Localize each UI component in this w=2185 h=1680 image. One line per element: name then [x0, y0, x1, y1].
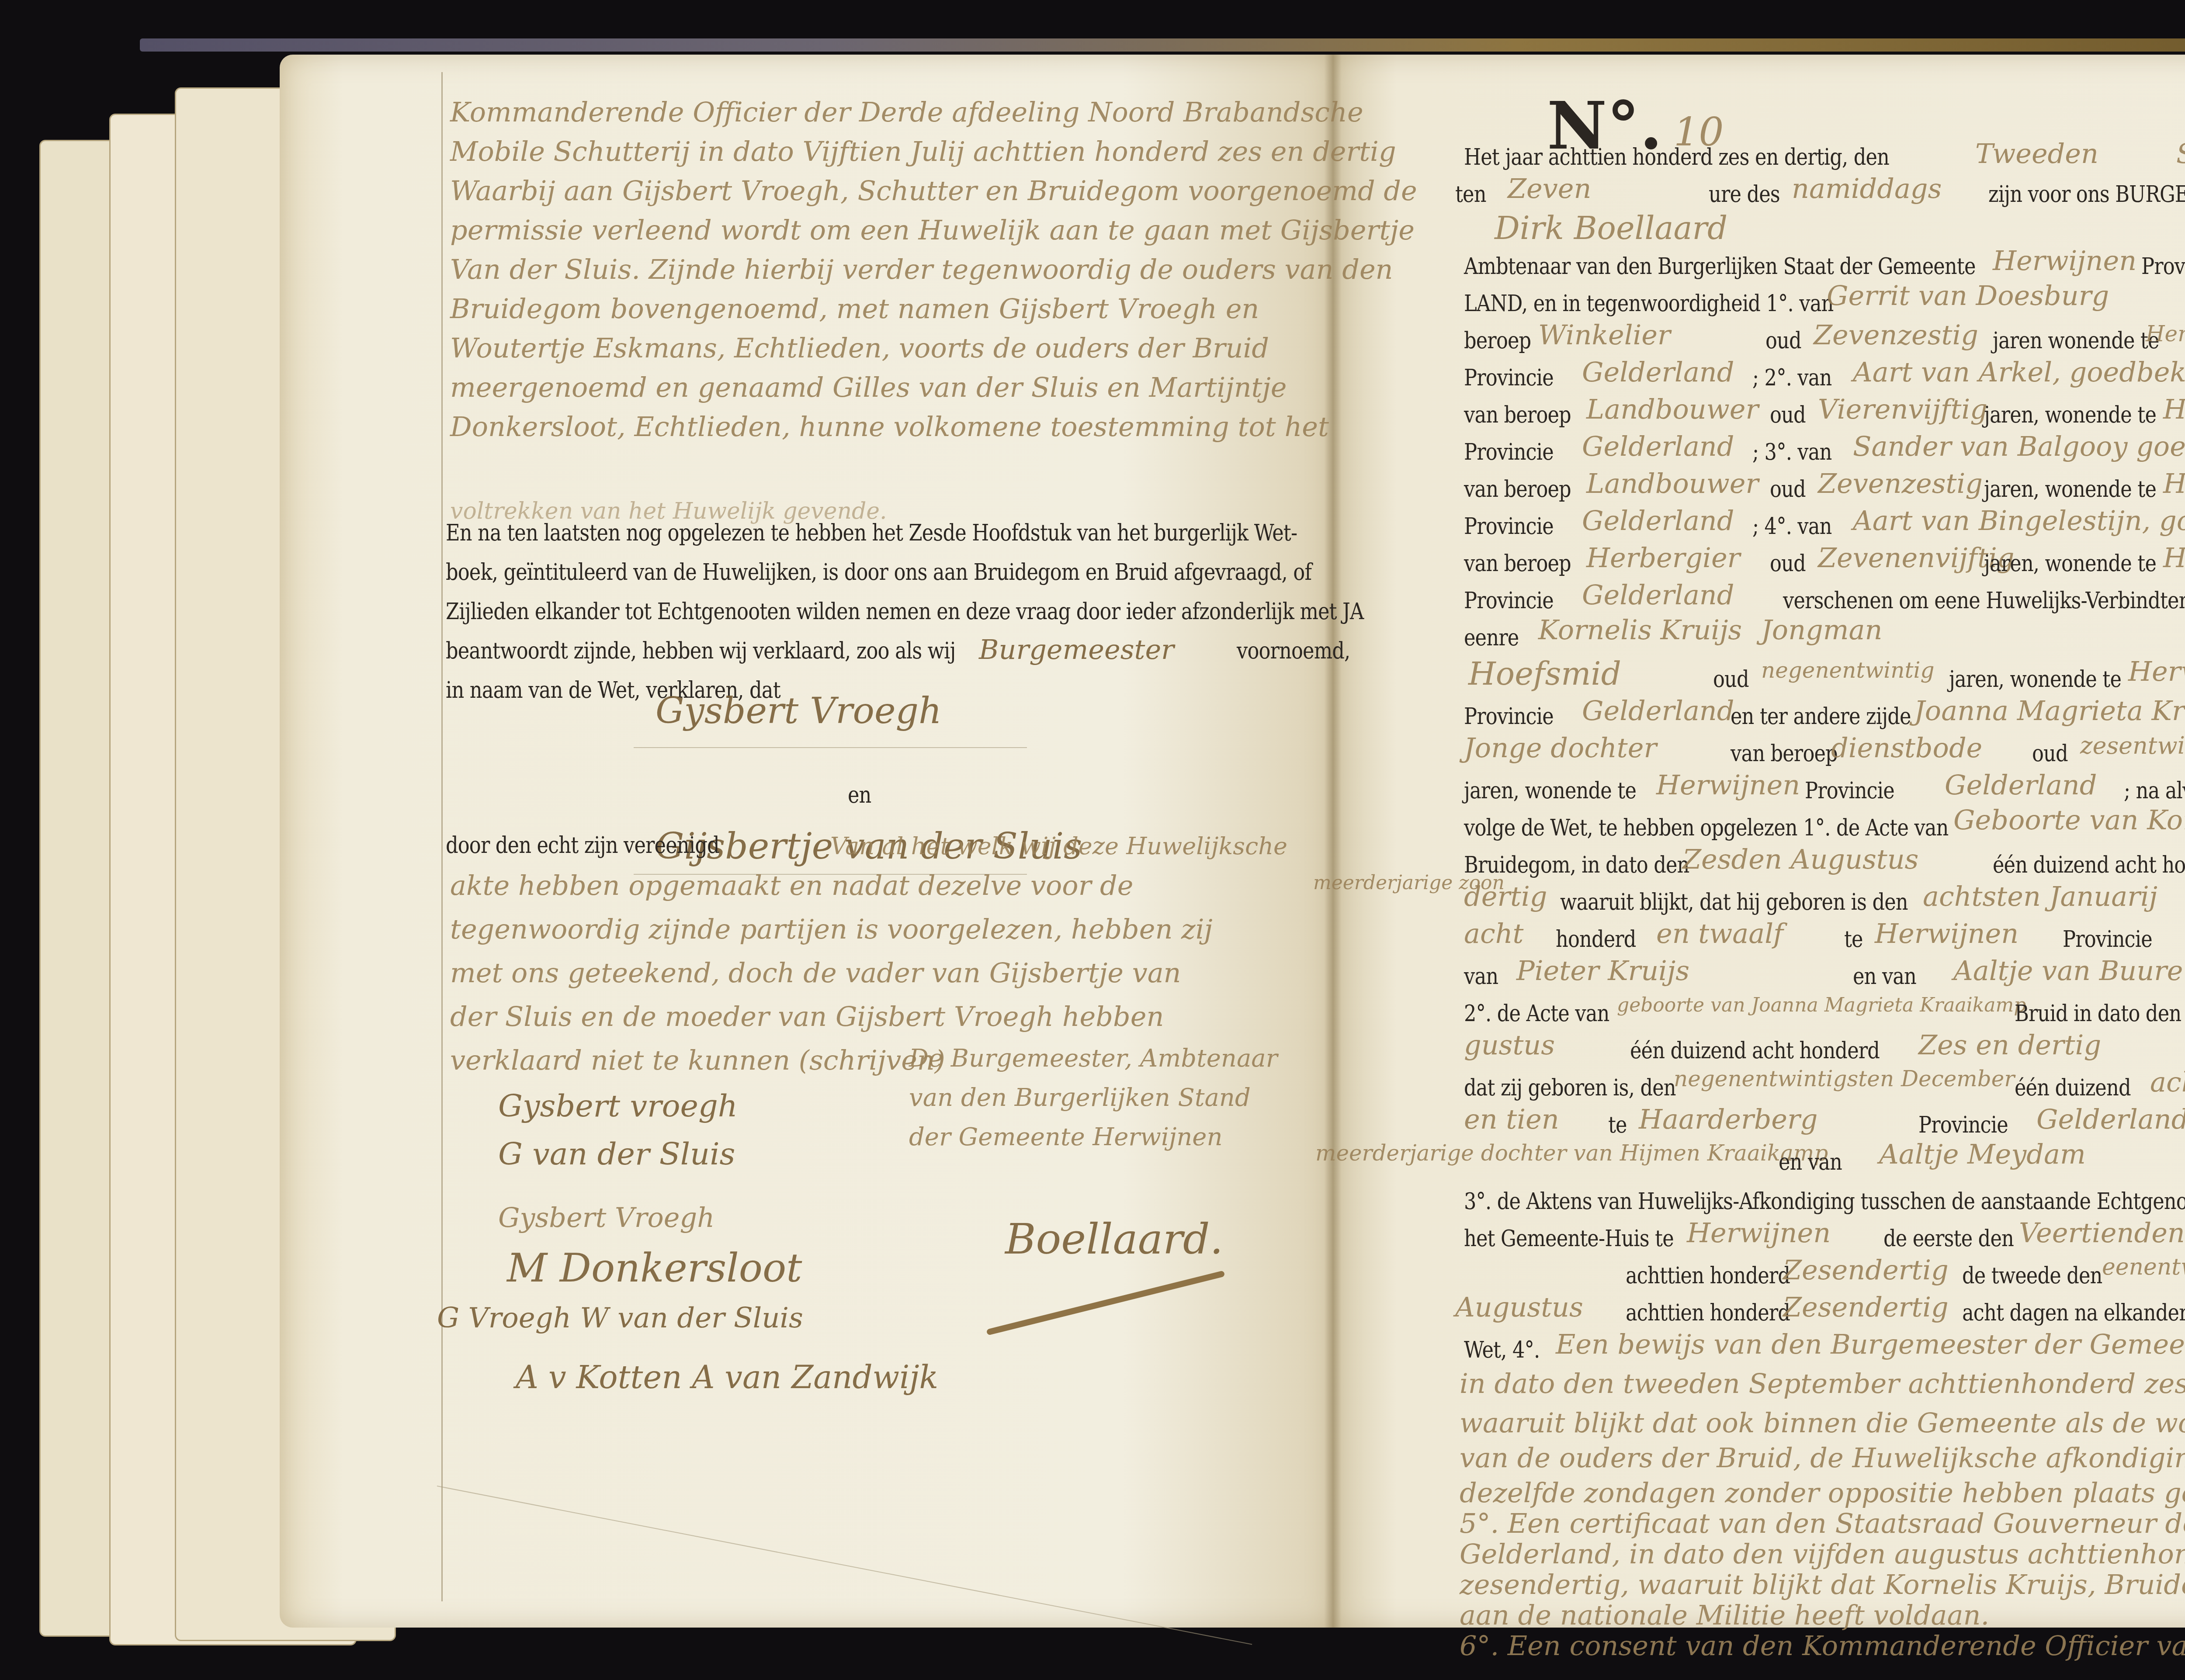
- print-word: te: [1844, 926, 1863, 953]
- fill-groom-name: Kornelis Kruijs: [1538, 614, 1742, 646]
- print-line: beantwoordt zijnde, hebben wij verklaard…: [446, 638, 955, 664]
- fill-witness-3: Sander van Balgooy goedbekende: [1853, 430, 2185, 462]
- hand-line: Donkersloot, Echtlieden, hunne volkomene…: [450, 411, 1329, 443]
- fill-province: Gelderland: [1582, 505, 1734, 537]
- official-title: Burgemeester: [979, 634, 1174, 665]
- print-word: oud: [1770, 402, 1806, 428]
- print-word: oud: [1770, 476, 1806, 502]
- print-word: zijn voor ons BURGEMEESTER,: [1988, 181, 2185, 208]
- print-word: verschenen om eene Huwelijks-Verbindteni…: [1783, 588, 2185, 614]
- hand-line: 6°. Een consent van den Kommanderende Of…: [1460, 1630, 2185, 1662]
- print-word: dat zij geboren is, den: [1464, 1075, 1676, 1101]
- print-word: jaren, wonende te: [1949, 666, 2121, 693]
- print-word: Provincie: [1464, 365, 1554, 391]
- fill-month: Augustus: [1455, 1291, 1583, 1323]
- print-word: achttien honderd: [1626, 1300, 1790, 1326]
- print-word: Provincie: [1464, 513, 1554, 540]
- fill-act-date: Zesden Augustus: [1682, 843, 1918, 875]
- fill-birthplace: Herwijnen: [1875, 918, 2019, 949]
- fill-first-banns: Veertienden Augustus: [2019, 1217, 2185, 1249]
- fill-province: Gelderland: [1582, 695, 1734, 727]
- fill-bride-birth-act: geboorte van Joanna Magrieta Kraaikamp: [1617, 994, 2026, 1016]
- print-word: volge de Wet, te hebben opgelezen 1°. de…: [1464, 815, 1949, 841]
- print-word: en van: [1853, 963, 1916, 990]
- print-word: jaren, wonende te: [1984, 551, 2156, 577]
- fill-age: Zevenzestig: [1818, 468, 1983, 499]
- print-word: Wet, 4°.: [1464, 1337, 1540, 1363]
- signature: G Vroegh W van der Sluis: [437, 1302, 803, 1334]
- fill-profession: Landbouwer: [1586, 393, 1758, 425]
- fill-bride-mother: Aaltje Meydam: [1879, 1138, 2086, 1170]
- fill-groom-residence: Herwijnen: [2128, 655, 2185, 687]
- print-word: Provincie: [1464, 439, 1554, 465]
- hand-line: Gelderland, in dato den vijfden augustus…: [1460, 1538, 2185, 1570]
- print-word: achttien honderd: [1626, 1263, 1790, 1289]
- print-word: van beroep: [1464, 476, 1571, 502]
- print-word: jaren, wonende te: [1984, 476, 2156, 502]
- united-label: door den echt zijn vereenigd: [446, 832, 719, 859]
- fill-witness-1: Gerrit van Doesburg: [1827, 280, 2109, 312]
- print-word: ; 2°. van: [1752, 365, 1832, 391]
- fill-bride-father: meerderjarige dochter van Hijmen Kraaika…: [1315, 1140, 1828, 1166]
- fill-witness-2: Aart van Arkel, goedbekende: [1853, 356, 2185, 388]
- fill-bride-birth-date: negenentwintigsten December: [1674, 1066, 2015, 1091]
- fill-act-year: Zes en dertig: [1918, 1029, 2101, 1061]
- signature: Gysbert Vroegh: [498, 1202, 714, 1233]
- print-word: eenre: [1464, 625, 1519, 651]
- fill-bride-name: Joanna Magrieta Kraaykamp: [1914, 695, 2185, 727]
- hand-line: Bruidegom bovengenoemd, met namen Gijsbe…: [450, 293, 1259, 325]
- hand-line: van den Burgerlijken Stand: [909, 1084, 1251, 1112]
- fill-residence: Herwijnen: [2163, 542, 2185, 574]
- print-word: LAND, en in tegenwoordigheid 1°. van: [1464, 291, 1833, 317]
- hand-line: Kommanderende Officier der Derde afdeeli…: [450, 96, 1363, 128]
- hand-line: meergenoemd en genaamd Gilles van der Sl…: [450, 371, 1287, 403]
- fill-birth-year-cont: en twaalf: [1656, 918, 1783, 949]
- groom-name: Gysbert Vroegh: [655, 690, 942, 732]
- fill-bride-age: zesentwintig: [2080, 732, 2185, 759]
- print-word: jaren, wonende te: [1984, 402, 2156, 428]
- hand-line: aan de nationale Militie heeft voldaan.: [1460, 1599, 1989, 1631]
- print-line: En na ten laatsten nog opgelezen te hebb…: [446, 520, 1297, 546]
- print-word: van beroep: [1731, 741, 1838, 767]
- print-word: ten: [1455, 181, 1486, 208]
- hand-line: Van der Sluis. Zijnde hierbij verder teg…: [450, 253, 1393, 285]
- fill-bride-birth-year: en tien: [1464, 1103, 1559, 1135]
- fill-day: Tweeden: [1975, 138, 2098, 170]
- fill-act-month: gustus: [1464, 1029, 1555, 1061]
- print-word: ; 3°. van: [1752, 439, 1832, 465]
- print-word: ; 4°. van: [1752, 513, 1832, 540]
- print-word: Bruid in dato den: [2015, 1001, 2181, 1027]
- print-word: oud: [2032, 741, 2068, 767]
- print-word: de tweede den: [1962, 1263, 2102, 1289]
- print-word: en van: [1779, 1149, 1842, 1175]
- fill-profession: Landbouwer: [1586, 468, 1758, 499]
- fill-bride-profession: dienstbode: [1831, 732, 1982, 764]
- fill-bride-birth-century: acht: [2150, 1066, 2185, 1098]
- fill-province: Gelderland: [1945, 769, 2097, 801]
- print-line: 3°. de Aktens van Huwelijks-Afkondiging …: [1464, 1188, 2185, 1215]
- fill-profession: Winkelier: [1538, 319, 1671, 351]
- fill-bride-birthplace: Haarderberg: [1639, 1103, 1817, 1135]
- hand-line: tegenwoordig zijnde partijen is voorgele…: [450, 913, 1213, 945]
- print-word: te: [1608, 1112, 1627, 1138]
- hand-line: dezelfde zondagen zonder oppositie hebbe…: [1460, 1477, 2185, 1509]
- fill-bride-status: Jonge dochter: [1464, 732, 1657, 764]
- fill-profession: Herbergier: [1586, 542, 1740, 574]
- print-word: honderd: [1556, 926, 1636, 953]
- fill-residence: Herwijnen: [2163, 393, 2185, 425]
- print-word: Provincie: [2063, 926, 2152, 953]
- print-word: het Gemeente-Huis te: [1464, 1226, 1674, 1252]
- print-word: en ter andere zijde: [1731, 703, 1911, 730]
- print-word: van beroep: [1464, 551, 1571, 577]
- fill-birth-year: acht: [1464, 918, 1524, 949]
- fill-residence: Herwijnen: [2163, 468, 2185, 499]
- fill-town-hall: Herwijnen: [1687, 1217, 1831, 1249]
- fill-year: Zesendertig: [1783, 1254, 1949, 1286]
- print-line: Zijlieden elkander tot Echtgenooten wild…: [446, 599, 1364, 625]
- fill-year: Zesendertig: [1783, 1291, 1949, 1323]
- hand-line: zesendertig, waaruit blijkt dat Kornelis…: [1460, 1569, 2185, 1600]
- hand-line: der Gemeente Herwijnen: [909, 1123, 1223, 1151]
- print-line: voornoemd,: [1237, 638, 1350, 664]
- fill-groom-birth-date: achtsten Januarij: [1923, 880, 2157, 912]
- hand-line: Mobile Schutterij in dato Vijftien Julij…: [450, 135, 1396, 167]
- fill-proof: Een bewijs van den Burgemeester der Geme…: [1556, 1328, 2185, 1360]
- hand-line: 5°. Een certificaat van den Staatsraad G…: [1460, 1507, 2185, 1539]
- hand-line: waaruit blijkt dat ook binnen die Gemeen…: [1460, 1407, 2185, 1439]
- print-word: jaren, wonende te: [1464, 778, 1636, 804]
- hand-line: der Sluis en de moeder van Gijsbert Vroe…: [450, 1001, 1164, 1032]
- signature-boellaard: Boellaard.: [1005, 1215, 1223, 1264]
- print-word: Ambtenaar van den Burgerlijken Staat der…: [1464, 253, 1976, 280]
- fill-municipality: Herwijnen: [1993, 245, 2136, 277]
- print-word: Provincie GELDER-: [2141, 253, 2185, 280]
- fill-groom-status: Jongman: [1761, 614, 1883, 646]
- print-word: één duizend acht honderd: [1993, 852, 2185, 878]
- print-word: ure des: [1709, 181, 1780, 208]
- groom-name-rule: [634, 747, 1027, 748]
- hand-line: akte hebben opgemaakt en nadat dezelve v…: [450, 869, 1133, 901]
- print-word: Provincie: [1464, 588, 1554, 614]
- signature: M Donkersloot: [507, 1245, 802, 1291]
- and-label: en: [848, 782, 871, 808]
- print-word: Provincie: [1464, 703, 1554, 730]
- fill-province: Gelderland: [1582, 356, 1734, 388]
- fill-age: Zevenzestig: [1814, 319, 1978, 351]
- print-word: van: [1464, 963, 1498, 990]
- fill-age: Vierenvijftig: [1818, 393, 1987, 425]
- hand-line: van de ouders der Bruid, de Huwelijksche…: [1460, 1442, 2185, 1474]
- fill-month: September: [2176, 138, 2185, 170]
- fill-groom-birth-act: Geboorte van Kornelis Kruijs: [1953, 804, 2185, 836]
- print-word: oud: [1770, 551, 1806, 577]
- hand-line: Van al het welk wij deze Huwelijksche: [830, 832, 1287, 860]
- fill-second-banns: eenentwintigsten: [2102, 1254, 2185, 1280]
- hand-line: Woutertje Eskmans, Echtlieden, voorts de…: [450, 332, 1269, 364]
- print-word: één duizend acht honderd: [1630, 1038, 1880, 1064]
- print-word: één duizend: [2015, 1075, 2131, 1101]
- book-gutter: [1324, 55, 1342, 1628]
- print-word: Provincie: [1918, 1112, 2008, 1138]
- book-spine-top: [140, 38, 2185, 52]
- print-word: de eerste den: [1883, 1226, 2014, 1252]
- hand-line: met ons geteekend, doch de vader van Gij…: [450, 957, 1181, 989]
- print-word: ; na alvorens, inge-: [2124, 778, 2185, 804]
- fill-province: Gelderland: [1582, 579, 1734, 611]
- hand-line: verklaard niet te kunnen (schrijven): [450, 1044, 945, 1076]
- fill-bride-residence: Herwijnen: [1656, 769, 1800, 801]
- signature: A v Kotten A van Zandwijk: [516, 1359, 938, 1396]
- print-word: oud: [1765, 328, 1801, 354]
- left-margin-rule: [441, 72, 443, 1601]
- fill-province: Gelderland: [2036, 1103, 2185, 1135]
- fill-groom-father: Pieter Kruijs: [1516, 955, 1689, 987]
- print-word: beroep: [1464, 328, 1531, 354]
- fill-witness-4: Aart van Bingelestijn, goedbekende: [1853, 505, 2185, 537]
- fill-daypart: namiddags: [1792, 173, 1942, 204]
- hand-line: in dato den tweeden September achttienho…: [1460, 1368, 2185, 1399]
- fill-groom-age: negenentwintig: [1761, 658, 1935, 683]
- print-line: Het jaar achttien honderd zes en dertig,…: [1464, 144, 1889, 170]
- signature: Gysbert vroegh: [498, 1088, 738, 1124]
- hand-line: Waarbij aan Gijsbert Vroegh, Schutter en…: [450, 175, 1417, 207]
- print-word: waaruit blijkt, dat hij geboren is den: [1560, 889, 1908, 915]
- signature: G van der Sluis: [498, 1136, 735, 1172]
- fill-official-name: Dirk Boellaard: [1495, 210, 1727, 246]
- print-word: Provincie: [1805, 778, 1894, 804]
- print-word: jaren wonende te: [1993, 328, 2159, 354]
- fill-groom-profession: Hoefsmid: [1468, 655, 1621, 692]
- fill-residence: Herwijnen goedbekende: [2146, 321, 2185, 346]
- fill-province: Gelderland: [1582, 430, 1734, 462]
- print-word: oud: [1713, 666, 1749, 693]
- fill-hour: Zeven: [1508, 173, 1591, 204]
- print-word: acht dagen na elkander, ingevolge de: [1962, 1300, 2185, 1326]
- print-line: boek, geïntituleerd van de Huwelijken, i…: [446, 559, 1311, 585]
- print-word: van beroep: [1464, 402, 1571, 428]
- fill-groom-mother: Aaltje van Buuren: [1953, 955, 2185, 987]
- hand-line: permissie verleend wordt om een Huwelijk…: [450, 214, 1415, 246]
- print-word: 2°. de Acte van: [1464, 1001, 1609, 1027]
- hand-line: De Burgemeester, Ambtenaar: [909, 1044, 1277, 1073]
- margin-note-son: meerderjarige zoon: [1313, 872, 1505, 894]
